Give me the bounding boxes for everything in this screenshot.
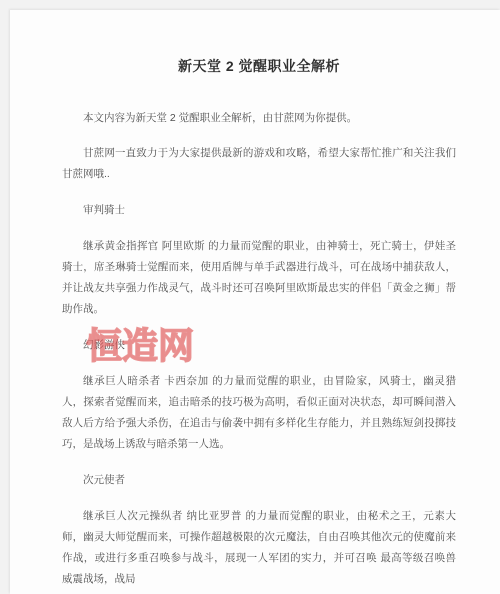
document-content: 新天堂 2 觉醒职业全解析 本文内容为新天堂 2 觉醒职业全解析，由甘蔗网为你提…	[10, 10, 500, 590]
section-body-judge-knight: 继承黄金指挥官 阿里欧斯 的力量而觉醒的职业，由神骑士，死亡骑士，伊娃圣骑士，席…	[62, 236, 456, 320]
section-heading-dimension-envoy: 次元使者	[62, 470, 456, 491]
page-title: 新天堂 2 觉醒职业全解析	[62, 56, 456, 76]
section-body-phantom-ranger: 继承巨人暗杀者 卡西奈加 的力量而觉醒的职业，由冒险家，风骑士，幽灵猎人，探索者…	[62, 371, 456, 455]
intro-paragraph: 甘蔗网一直致力于为大家提供最新的游戏和攻略，希望大家帮忙推广和关注我们甘蔗网哦.…	[62, 143, 456, 185]
document-page: 恒造网 新天堂 2 觉醒职业全解析 本文内容为新天堂 2 觉醒职业全解析，由甘蔗…	[10, 10, 500, 594]
section-heading-phantom-ranger: 幻影游侠	[62, 335, 456, 356]
section-body-dimension-envoy: 继承巨人次元操纵者 纳比亚罗普 的力量而觉醒的职业，由秘术之王，元素大师，幽灵大…	[62, 506, 456, 590]
section-heading-judge-knight: 审判骑士	[62, 200, 456, 221]
intro-paragraph: 本文内容为新天堂 2 觉醒职业全解析，由甘蔗网为你提供。	[62, 108, 456, 129]
